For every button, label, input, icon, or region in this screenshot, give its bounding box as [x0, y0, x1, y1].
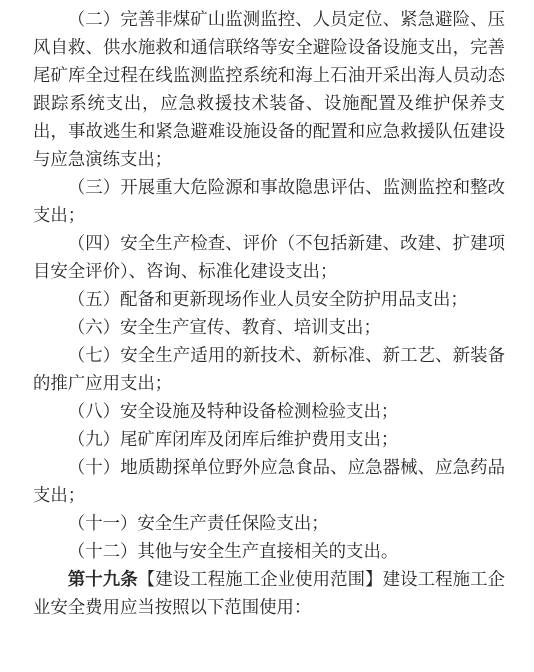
article-number: 第十九条: [68, 569, 138, 589]
paragraph-item-5: （五）配备和更新现场作业人员安全防护用品支出；: [33, 285, 505, 313]
paragraph-item-8: （八）安全设施及特种设备检测检验支出；: [33, 397, 505, 425]
document-page: （二）完善非煤矿山监测监控、人员定位、紧急避险、压风自救、供水施救和通信联络等安…: [0, 0, 534, 672]
paragraph-item-2: （二）完善非煤矿山监测监控、人员定位、紧急避险、压风自救、供水施救和通信联络等安…: [33, 5, 505, 173]
paragraph-article-19: 第十九条【建设工程施工企业使用范围】建设工程施工企业安全费用应当按照以下范围使用…: [33, 565, 505, 621]
paragraph-item-12: （十二）其他与安全生产直接相关的支出。: [33, 537, 505, 565]
paragraph-item-11: （十一）安全生产责任保险支出；: [33, 509, 505, 537]
paragraph-item-3: （三）开展重大危险源和事故隐患评估、监测监控和整改支出；: [33, 173, 505, 229]
paragraph-item-10: （十）地质勘探单位野外应急食品、应急器械、应急药品支出；: [33, 453, 505, 509]
paragraph-item-6: （六）安全生产宣传、教育、培训支出；: [33, 313, 505, 341]
article-bracket-title: 【建设工程施工企业使用范围】: [138, 569, 383, 589]
paragraph-item-4: （四）安全生产检查、评价（不包括新建、改建、扩建项目安全评价）、咨询、标准化建设…: [33, 229, 505, 285]
paragraph-item-9: （九）尾矿库闭库及闭库后维护费用支出；: [33, 425, 505, 453]
paragraph-item-7: （七）安全生产适用的新技术、新标准、新工艺、新装备的推广应用支出；: [33, 341, 505, 397]
